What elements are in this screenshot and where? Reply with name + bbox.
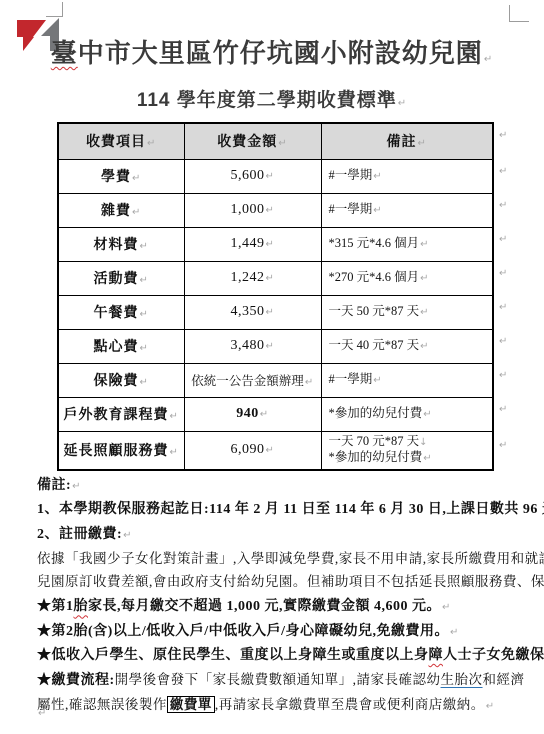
row-end-mark: ↵ <box>499 234 507 245</box>
paragraph-mark: ↵ <box>266 307 275 318</box>
fee-note-cell: #一學期↵ <box>321 193 493 227</box>
paragraph-mark: ↵ <box>266 341 275 352</box>
paragraph-mark: ↵ <box>486 701 495 712</box>
paragraph-mark: ↵ <box>266 205 275 216</box>
paragraph-mark: ↵ <box>373 205 381 216</box>
paragraph-mark: ↵ <box>72 481 81 492</box>
paragraph-mark: ↵ <box>450 627 459 638</box>
fee-amount-cell: 940↵ <box>184 397 321 431</box>
paragraph-mark: ↵ <box>140 343 149 354</box>
note-star-2: ★第2胎(含)以上/低收入戶/中低收入戶/身心障礙幼兒,免繳費用。↵ <box>37 620 517 644</box>
paragraph-mark: ↵ <box>418 138 427 149</box>
row-end-mark: ↵ <box>499 268 507 279</box>
line-break-mark: ↓ <box>419 437 427 448</box>
paragraph-mark: ↵ <box>423 453 431 464</box>
paragraph-mark: ↵ <box>140 377 149 388</box>
note-star-1: ★第1胎家長,每月繳交不超過 1,000 元,實際繳費金額 4,600 元。↵ <box>37 595 517 619</box>
fee-note-cell: *參加的幼兒付費↵ <box>321 397 493 431</box>
row-end-mark: ↵ <box>499 166 507 177</box>
fee-item-cell: 保險費↵ <box>58 363 184 397</box>
paragraph-mark: ↵ <box>170 411 179 422</box>
note-paragraph-line-1: 依據「我國少子女化對策計畫」,入學即減免學費,家長不用申請,家長所繳費用和就讀幼 <box>37 547 517 570</box>
fee-row-insurance: 保險費↵ 依統一公告金額辦理↵ #一學期↵ <box>58 363 493 397</box>
fee-amount-cell: 1,242↵ <box>184 261 321 295</box>
fee-note-cell: 一天 50 元*87 天↵ <box>321 295 493 329</box>
fee-row-activities: 活動費↵ 1,242↵ *270 元*4.6 個月↵ <box>58 261 493 295</box>
page-subtitle: 114 學年度第二學期收費標準↵ <box>0 85 544 112</box>
note-star-4-line-1: ★繳費流程:開學後會發下「家長繳費數額通知單」,請家長確認幼生胎次和經濟 <box>37 668 517 692</box>
fee-amount-cell: 3,480↵ <box>184 329 321 363</box>
fee-note-cell: *315 元*4.6 個月↵ <box>321 227 493 261</box>
row-end-mark: ↵ <box>499 302 507 313</box>
note-item-2: 2、註冊繳費:↵ <box>37 523 517 547</box>
paragraph-mark: ↵ <box>442 602 451 613</box>
row-end-mark: ↵ <box>499 336 507 347</box>
fee-item-cell: 戶外教育課程費↵ <box>58 397 184 431</box>
fee-note-cell: #一學期↵ <box>321 363 493 397</box>
paragraph-mark: ↵ <box>38 708 46 719</box>
paragraph-mark: ↵ <box>140 241 149 252</box>
title-misspelled-char: 臺 <box>51 38 78 68</box>
paragraph-mark: ↵ <box>123 530 132 541</box>
paragraph-mark: ↵ <box>278 138 287 149</box>
fee-amount-cell: 5,600↵ <box>184 159 321 193</box>
row-end-mark: ↵ <box>499 404 507 415</box>
note-star-3: ★低收入戶學生、原住民學生、重度以上身障生或重度以上身障人士子女免繳保險費。↵ <box>37 644 517 668</box>
text-boundary-corner-top-right <box>509 5 529 22</box>
note-star-4-line-2: 屬性,確認無誤後製作繳費單,再請家長拿繳費單至農會或便利商店繳納。↵ <box>37 693 517 718</box>
fee-note-cell: #一學期↵ <box>321 159 493 193</box>
grammar-flagged-word: 生胎次 <box>441 672 483 687</box>
fee-table: 收費項目↵ 收費金額↵ 備註↵ 學費↵ 5,600↵ #一學期↵ 雜費↵ 1,0… <box>57 122 494 471</box>
fee-item-cell: 延長照顧服務費↵ <box>58 431 184 470</box>
fee-row-outdoor-education: 戶外教育課程費↵ 940↵ *參加的幼兒付費↵ <box>58 397 493 431</box>
page-title: 臺中市大里區竹仔坑國小附設幼兒園↵ <box>0 33 544 70</box>
row-end-mark: ↵ <box>499 200 507 211</box>
fee-item-cell: 點心費↵ <box>58 329 184 363</box>
misspelled-word: 障 <box>429 648 444 663</box>
paragraph-mark: ↵ <box>266 239 275 250</box>
fee-note-cell: 一天 70 元*87 天↓*參加的幼兒付費↵ <box>321 431 493 470</box>
note-item-1: 1、本學期教保服務起訖日:114 年 2 月 11 日至 114 年 6 月 3… <box>37 498 517 522</box>
fee-amount-cell: 1,000↵ <box>184 193 321 227</box>
paragraph-mark: ↵ <box>140 275 149 286</box>
row-end-mark: ↵ <box>499 130 507 141</box>
notes-section: 備註:↵ 1、本學期教保服務起訖日:114 年 2 月 11 日至 114 年 … <box>37 474 517 718</box>
paragraph-mark: ↵ <box>420 307 428 318</box>
paragraph-mark: ↵ <box>147 138 156 149</box>
fee-table-header-row: 收費項目↵ 收費金額↵ 備註↵ <box>58 123 493 159</box>
fee-row-extended-care: 延長照顧服務費↵ 6,090↵ 一天 70 元*87 天↓*參加的幼兒付費↵ <box>58 431 493 470</box>
notes-label: 備註:↵ <box>37 474 517 498</box>
fee-amount-cell: 4,350↵ <box>184 295 321 329</box>
payment-process-label: ★繳費流程: <box>37 673 115 688</box>
paragraph-mark: ↵ <box>266 171 275 182</box>
paragraph-mark: ↵ <box>373 171 381 182</box>
boxed-term: 繳費單 <box>167 696 215 713</box>
paragraph-mark: ↵ <box>132 173 141 184</box>
misspelled-word: 胎 <box>74 599 89 614</box>
paragraph-mark: ↵ <box>420 239 428 250</box>
fee-amount-cell: 1,449↵ <box>184 227 321 261</box>
subtitle-text: 114 學年度第二學期收費標準 <box>137 90 397 111</box>
paragraph-mark: ↵ <box>373 375 381 386</box>
paragraph-mark: ↵ <box>305 377 314 388</box>
row-end-mark: ↵ <box>499 370 507 381</box>
fee-row-materials: 材料費↵ 1,449↵ *315 元*4.6 個月↵ <box>58 227 493 261</box>
title-text: 中市大里區竹仔坑國小附設幼兒園 <box>78 38 483 68</box>
fee-item-cell: 材料費↵ <box>58 227 184 261</box>
paragraph-mark: ↵ <box>140 309 149 320</box>
paragraph-mark: ↵ <box>484 54 493 65</box>
fee-row-lunch: 午餐費↵ 4,350↵ 一天 50 元*87 天↵ <box>58 295 493 329</box>
paragraph-mark: ↵ <box>266 445 275 456</box>
paragraph-mark: ↵ <box>398 98 407 109</box>
paragraph-mark: ↵ <box>170 447 179 458</box>
paragraph-mark: ↵ <box>423 409 431 420</box>
paragraph-mark: ↵ <box>266 273 275 284</box>
empty-paragraph: ↵ <box>37 703 46 721</box>
fee-item-cell: 午餐費↵ <box>58 295 184 329</box>
note-paragraph-line-2: 兒園原訂收費差額,會由政府支付給幼兒園。但補助項目不包括延長照顧服務費、保險費。… <box>37 570 517 595</box>
fee-item-cell: 活動費↵ <box>58 261 184 295</box>
fee-row-snack: 點心費↵ 3,480↵ 一天 40 元*87 天↵ <box>58 329 493 363</box>
fee-note-cell: 一天 40 元*87 天↵ <box>321 329 493 363</box>
row-end-mark: ↵ <box>499 440 507 451</box>
col-header-item: 收費項目↵ <box>58 123 184 159</box>
paragraph-mark: ↵ <box>260 409 269 420</box>
fee-item-cell: 學費↵ <box>58 159 184 193</box>
paragraph-mark: ↵ <box>420 273 428 284</box>
fee-row-tuition: 學費↵ 5,600↵ #一學期↵ <box>58 159 493 193</box>
fee-note-cell: *270 元*4.6 個月↵ <box>321 261 493 295</box>
fee-row-misc: 雜費↵ 1,000↵ #一學期↵ <box>58 193 493 227</box>
fee-amount-cell: 6,090↵ <box>184 431 321 470</box>
fee-amount-cell: 依統一公告金額辦理↵ <box>184 363 321 397</box>
paragraph-mark: ↵ <box>132 207 141 218</box>
fee-item-cell: 雜費↵ <box>58 193 184 227</box>
col-header-note: 備註↵ <box>321 123 493 159</box>
col-header-amount: 收費金額↵ <box>184 123 321 159</box>
paragraph-mark: ↵ <box>420 341 428 352</box>
